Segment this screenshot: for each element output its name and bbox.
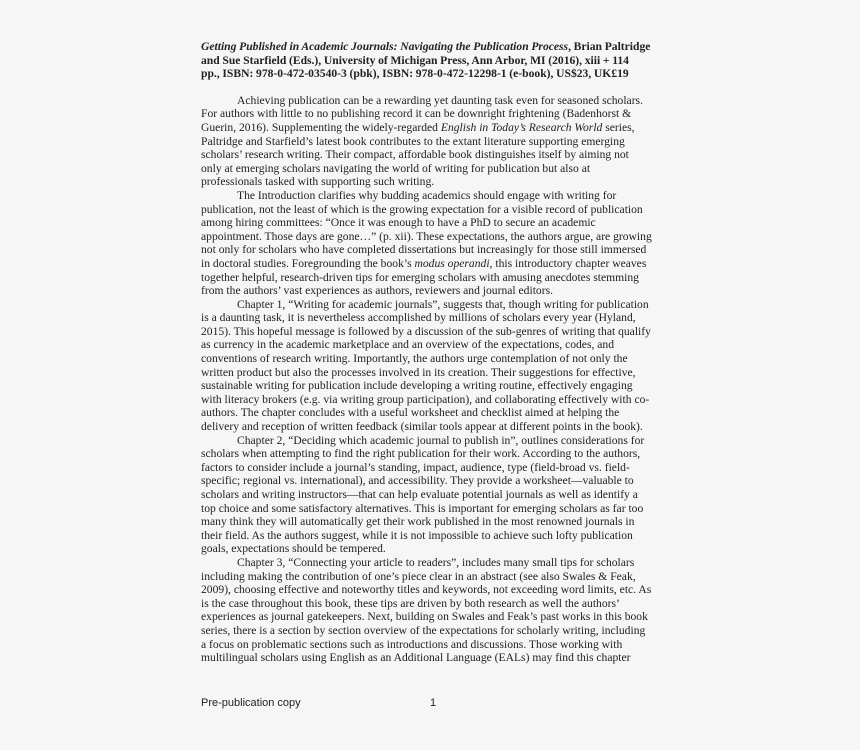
text-line: multilingual scholars using English as a… <box>201 651 671 665</box>
text-line: as currency in the academic marketplace … <box>201 338 671 352</box>
text-line: Chapter 1, “Writing for academic journal… <box>201 298 671 312</box>
title-line-2: and Sue Starfield (Eds.), University of … <box>201 54 671 68</box>
text-line: 2009), choosing effective and noteworthy… <box>201 583 671 597</box>
text-line: appointment. Those days are gone…” (p. x… <box>201 230 671 244</box>
text-line: Chapter 2, “Deciding which academic jour… <box>201 434 671 448</box>
text-line: is the case throughout this book, these … <box>201 597 671 611</box>
text-line: among hiring committees: “Once it was en… <box>201 216 671 230</box>
text-line: authors. The chapter concludes with a us… <box>201 406 671 420</box>
title-line-1: Getting Published in Academic Journals: … <box>201 40 671 54</box>
text-line: not only for scholars who have completed… <box>201 243 671 257</box>
text-line: from the authors’ vast experiences as au… <box>201 284 671 298</box>
italic-phrase: English in Today’s Research World <box>441 121 602 134</box>
text-line: experiences as journal gatekeepers. Next… <box>201 610 671 624</box>
text-line: The Introduction clarifies why budding a… <box>201 189 671 203</box>
paragraph: Chapter 2, “Deciding which academic jour… <box>201 434 671 556</box>
text-line: scholars’ research writing. Their compac… <box>201 148 671 162</box>
italic-phrase: modus operandi <box>415 257 490 270</box>
text-line: a focus on problematic sections such as … <box>201 638 671 652</box>
text-line: Paltridge and Starfield’s latest book co… <box>201 135 671 149</box>
text-line: their field. As the authors suggest, whi… <box>201 529 671 543</box>
text-line: For authors with little to no publishing… <box>201 107 671 121</box>
text-line: sustainable writing for publication incl… <box>201 379 671 393</box>
text-line: including making the contribution of one… <box>201 570 671 584</box>
text-line: scholars and writing instructors—that ca… <box>201 488 671 502</box>
text-line: many think they will automatically get t… <box>201 515 671 529</box>
text-line: Chapter 3, “Connecting your article to r… <box>201 556 671 570</box>
paragraph: Achieving publication can be a rewarding… <box>201 94 671 189</box>
text-line: in doctoral studies. Foregrounding the b… <box>201 257 671 271</box>
text-line: only at emerging scholars navigating the… <box>201 162 671 176</box>
text-line: scholars when attempting to find the rig… <box>201 447 671 461</box>
text-line: is a daunting task, it is nevertheless a… <box>201 311 671 325</box>
title-line-3: pp., ISBN: 978-0-472-03540-3 (pbk), ISBN… <box>201 67 671 81</box>
paragraph: Chapter 3, “Connecting your article to r… <box>201 556 671 665</box>
page-number: 1 <box>430 697 436 709</box>
text-line: delivery and reception of written feedba… <box>201 420 671 434</box>
review-title: Getting Published in Academic Journals: … <box>201 40 671 81</box>
document-page: Getting Published in Academic Journals: … <box>201 40 671 665</box>
text-line: Guerin, 2016). Supplementing the widely-… <box>201 121 671 135</box>
text-line: publication, not the least of which is t… <box>201 203 671 217</box>
footer-label: Pre-publication copy <box>201 697 301 709</box>
text-line: goals, expectations should be tempered. <box>201 542 671 556</box>
text-line: written product but also the processes i… <box>201 366 671 380</box>
text-line: together helpful, research-driven tips f… <box>201 271 671 285</box>
paragraph: Chapter 1, “Writing for academic journal… <box>201 298 671 434</box>
text-line: series, there is a section by section ov… <box>201 624 671 638</box>
text-line: professionals tasked with supporting suc… <box>201 175 671 189</box>
text-line: specific; regional vs. international), a… <box>201 474 671 488</box>
text-line: 2015). This hopeful message is followed … <box>201 325 671 339</box>
review-body: Achieving publication can be a rewarding… <box>201 94 671 665</box>
text-line: factors to consider include a journal’s … <box>201 461 671 475</box>
book-title: Getting Published in Academic Journals: … <box>201 40 568 53</box>
text-line: Achieving publication can be a rewarding… <box>201 94 671 108</box>
text-line: with literacy brokers (e.g. via writing … <box>201 393 671 407</box>
paragraph: The Introduction clarifies why budding a… <box>201 189 671 298</box>
text-line: conventions of research writing. Importa… <box>201 352 671 366</box>
text-line: top choice and some satisfactory alterna… <box>201 502 671 516</box>
